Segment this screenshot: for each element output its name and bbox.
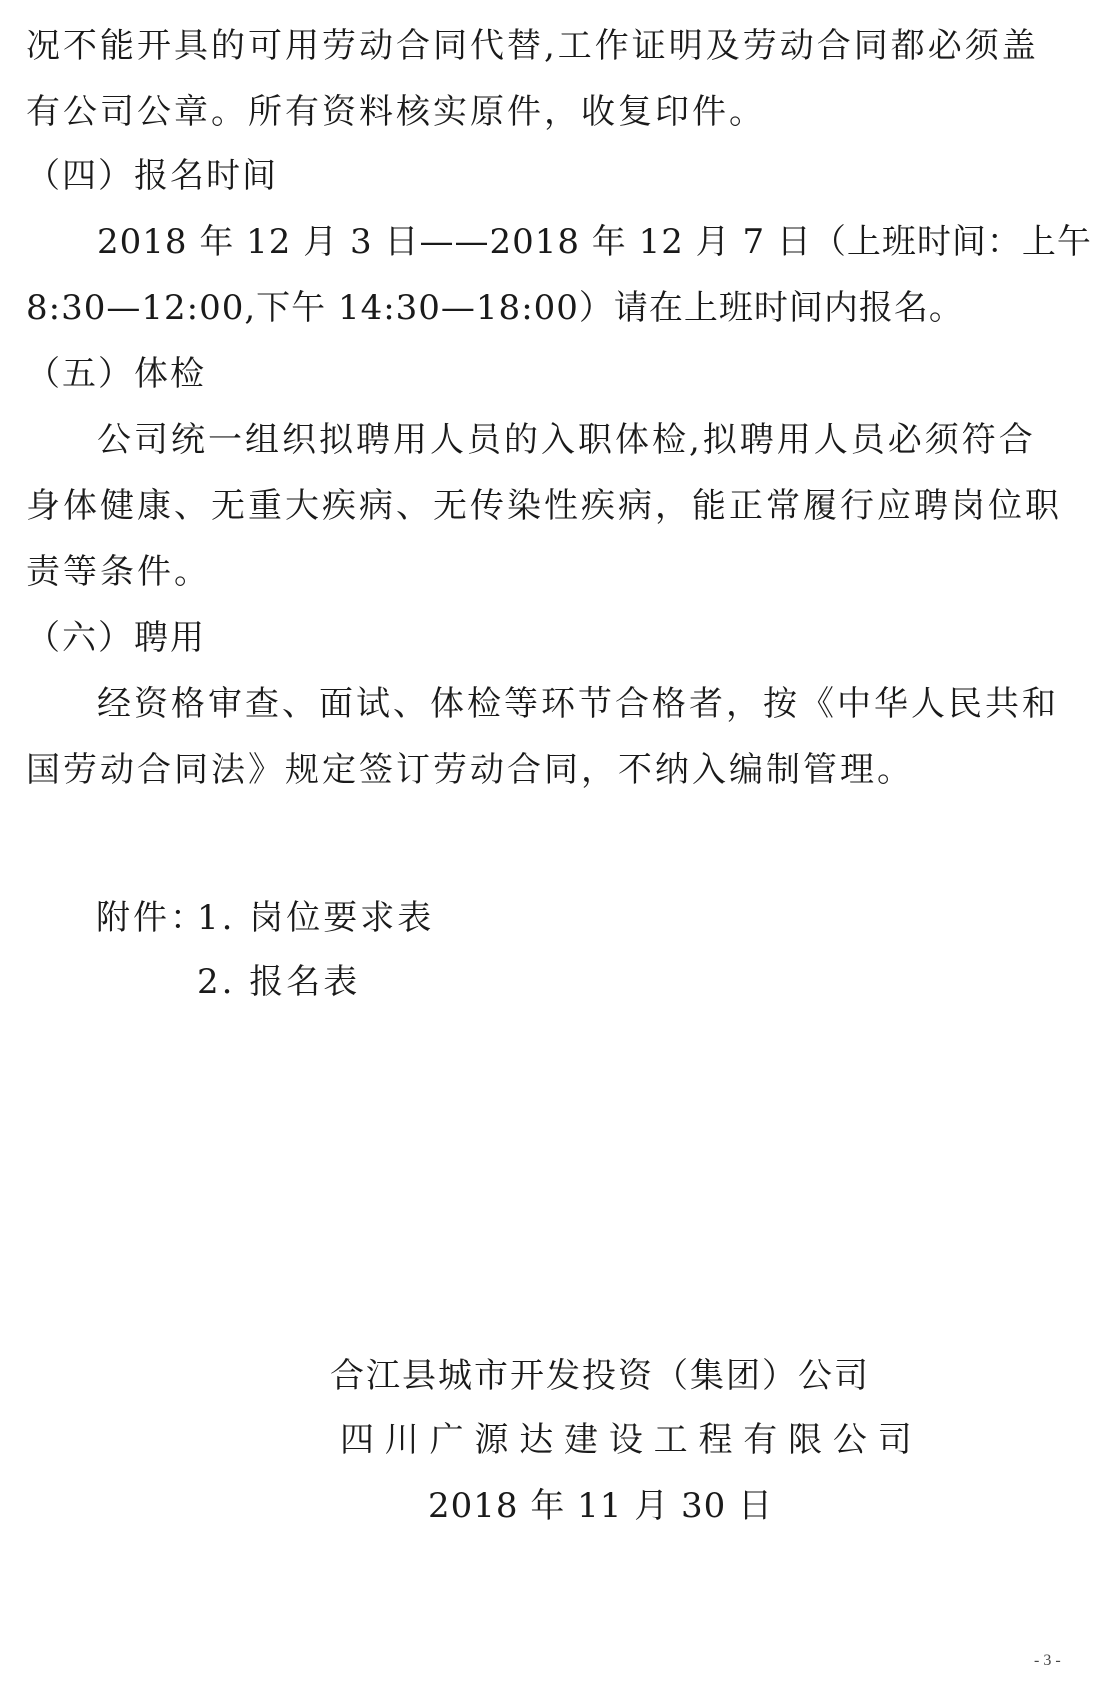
paragraph-line: 国劳动合同法》规定签订劳动合同，不纳入编制管理。 [26,750,914,790]
paragraph-line: 有公司公章。所有资料核实原件，收复印件。 [26,92,766,132]
section-heading-physical-exam: （五）体检 [26,354,206,394]
paragraph-line: 公司统一组织拟聘用人员的入职体检,拟聘用人员必须符合 [97,420,1036,460]
paragraph-line: 8:30—12:00,下午 14:30—18:00）请在上班时间内报名。 [26,288,964,328]
paragraph-line: 2018 年 12 月 3 日——2018 年 12 月 7 日（上班时间：上午 [97,222,1092,262]
attachment-item: 2. 报名表 [197,962,360,1002]
attachment-item: 1. 岗位要求表 [197,898,434,938]
signature-date: 2018 年 11 月 30 日 [428,1486,773,1526]
paragraph-line: 责等条件。 [26,552,211,592]
paragraph-line: 经资格审查、面试、体检等环节合格者，按《中华人民共和 [97,684,1059,724]
paragraph-line: 身体健康、无重大疾病、无传染性疾病，能正常履行应聘岗位职 [26,486,1062,526]
signature-org-1: 合江县城市开发投资（集团）公司 [330,1356,870,1396]
attachments-label: 附件： [96,898,207,938]
section-heading-registration-time: （四）报名时间 [26,156,278,196]
section-heading-employment: （六）聘用 [26,618,206,658]
signature-org-2: 四 川 广 源 达 建 设 工 程 有 限 公 司 [340,1420,912,1460]
paragraph-line: 况不能开具的可用劳动合同代替,工作证明及劳动合同都必须盖 [26,26,1039,66]
document-page: 况不能开具的可用劳动合同代替,工作证明及劳动合同都必须盖 有公司公章。所有资料核… [0,0,1108,1691]
page-number: - 3 - [1034,1652,1061,1670]
